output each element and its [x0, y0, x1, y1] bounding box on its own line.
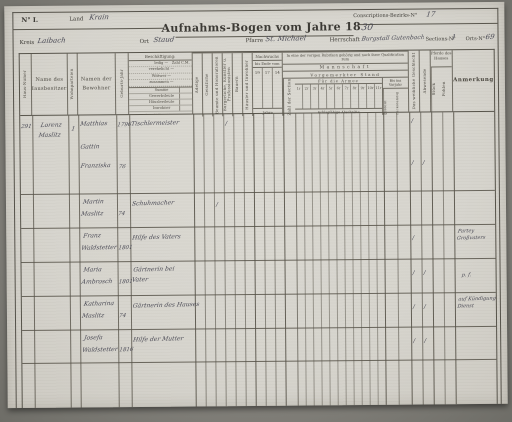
- class-col-burghers: Bürgerliche, Künstler u. Professionisten: [223, 53, 234, 116]
- land-value: Krain: [89, 13, 110, 22]
- army-box: Für die Armee 1r 2r 3r 4r 5r 6r 7r: [295, 78, 383, 116]
- kreis-label: Kreis: [20, 40, 35, 46]
- absent-tally-mark: ∕: [424, 305, 426, 311]
- birth-year: 1801: [118, 245, 133, 251]
- form-title-print: Aufnahms-Bogen vom Jahre 18: [161, 20, 361, 35]
- remark-entry: Partey Großvaters: [456, 228, 496, 243]
- summary-cells: [179, 93, 192, 98]
- inhabitant-last-name: Maslitz: [81, 312, 104, 320]
- form-number-label: N° I.: [21, 16, 38, 24]
- qualification-entry: Schuhmacher: [131, 199, 174, 207]
- occupation-row-label: verehelicht —: [149, 67, 174, 71]
- form-title: Aufnahms-Bogen vom Jahre 1830: [161, 15, 365, 36]
- classification-columns: Adelige Geistliche Beamte und Honoratior…: [193, 52, 409, 117]
- remark-entry: auf Kündigung Dienst: [457, 296, 497, 311]
- land-label: Land: [69, 16, 83, 22]
- col-female-sex: Das weibliche Geschlecht: [409, 51, 421, 112]
- summary-row-label: Summe: [155, 87, 169, 91]
- col-absent: Abwesende: [420, 50, 432, 111]
- offspring-year: 19: [253, 68, 263, 108]
- manpower-left-col: Zahl der Section: [283, 79, 295, 116]
- col-house-number: Haus-Numer: [20, 54, 33, 115]
- horses-cols: Stück Fohlen: [431, 67, 452, 111]
- summary-row-label: Gewerbsleute: [149, 93, 174, 97]
- army-class: 4r: [319, 84, 327, 108]
- header-rule-right: [359, 23, 497, 25]
- class-col-officials: Beamte und Honoratioren: [213, 53, 224, 116]
- header-rule-left: [13, 28, 163, 30]
- ort-label: Ort: [140, 39, 149, 45]
- class-col-label: Geistliche: [205, 74, 209, 96]
- col-remark-label: Anmerkung: [453, 76, 494, 86]
- army-class: 9r: [359, 84, 367, 108]
- female-tally-mark: ∕: [411, 119, 413, 125]
- occupation-row: zusammen —: [129, 80, 192, 87]
- inhabitant-first-name: Josefa: [84, 334, 104, 341]
- occupation-row-label: ledig —: [154, 61, 168, 65]
- offspring-title: Nachwuchs: [253, 53, 282, 61]
- birth-year: 74: [118, 211, 126, 217]
- inhabitant-last-name: Maslitz: [81, 210, 104, 218]
- manpower-note: In eine der vorigen Rubriken gehörig und…: [283, 52, 408, 65]
- offspring-box: Nachwuchs bis Ende vom 19 17 14 Jahre: [253, 53, 284, 116]
- female-tally-mark: ∕: [412, 236, 414, 242]
- inhabitant-last-name: Waldstetter: [82, 346, 118, 354]
- summary-cells: [179, 100, 192, 105]
- col-dwelling-party: Wohnparteien: [68, 54, 79, 115]
- class-col-clergy: Geistliche: [203, 53, 214, 116]
- inhabitant-name: Gattin: [80, 143, 100, 151]
- summary-row-label: Inwohner: [153, 106, 170, 110]
- orts-label: Orts-N°: [466, 36, 486, 42]
- manpower-columns: Zahl der Section Für die Armee 1r 2r 3r …: [283, 78, 408, 116]
- form-outer-frame: N° I. Land Krain Conscriptions-Bezirks-N…: [12, 8, 501, 408]
- col-female-sex-label: Das weibliche Geschlecht: [412, 53, 417, 110]
- inhabitant-name: Franziska: [80, 162, 111, 170]
- female-tally-mark: ∕: [413, 305, 415, 311]
- army-class: 10r: [367, 84, 375, 108]
- inhabitant-first-name: Franz: [83, 232, 102, 239]
- col-house-number-label: Haus-Numer: [23, 70, 27, 98]
- female-tally-mark: ∕: [412, 161, 414, 167]
- table-gridlines: [20, 112, 497, 408]
- inhabitant-name: Matthias: [80, 120, 108, 128]
- prior-year-cols: gestellt rückständig: [383, 89, 408, 115]
- census-table: Haus-Numer Name des Hausbesitzers Wohnpa…: [19, 49, 498, 408]
- col-inhabitants: Namen der Bewohner: [78, 53, 117, 114]
- classification-group: Classification des männlichen Geschlecht…: [193, 51, 410, 114]
- summary-cells: [179, 106, 192, 111]
- class-col-farmers: Bauern: [233, 53, 244, 116]
- army-class: 2r: [303, 85, 311, 109]
- occupation-row-label: Wittwer —: [152, 74, 171, 78]
- orts-value: 69: [485, 33, 495, 41]
- horses-col: Stück: [431, 67, 442, 111]
- summary-box: Summe Gewerbsleute Häuslersleute Inwohne…: [129, 86, 192, 112]
- offspring-year: 17: [263, 68, 273, 108]
- class-col-label: Bürgerliche, Künstler u. Professionisten: [223, 56, 232, 114]
- horses-col: Fohlen: [442, 67, 452, 111]
- form-paper: N° I. Land Krain Conscriptions-Bezirks-N…: [4, 2, 507, 408]
- birth-year: 1816: [119, 347, 134, 353]
- manpower-box: In eine der vorigen Rubriken gehörig und…: [283, 52, 409, 116]
- inhabitant-first-name: Katharina: [83, 300, 114, 308]
- col-birth-year: Geburts-Jahr: [116, 53, 130, 114]
- offspring-year-cols: 19 17 14: [253, 67, 282, 108]
- inhabitant-last-name: Waldstetter: [81, 244, 117, 252]
- prior-year-col: gestellt: [383, 89, 396, 115]
- qualification-entry: Tischlermeister: [131, 119, 180, 127]
- remark-entry: p. f.: [461, 272, 492, 280]
- prior-year-title: Bis ins Vorjahr: [383, 78, 408, 89]
- title-underline: [176, 35, 354, 38]
- army-class: 5r: [327, 84, 335, 108]
- qualification-entry: Gärtnerin bei Vater: [131, 264, 189, 285]
- col-horses: Pferde des Hauses Stück Fohlen: [431, 50, 454, 111]
- absent-tally-mark: ∕: [424, 339, 426, 345]
- col-remark: Anmerkung: [453, 50, 495, 111]
- form-title-year: 30: [360, 23, 373, 33]
- prior-year-col: rückständig: [396, 89, 408, 115]
- col-inhabitants-label: Namen der Bewohner: [78, 75, 115, 92]
- absent-tally-mark: ∕: [423, 161, 425, 167]
- inhabitant-first-name: Martin: [82, 198, 104, 206]
- col-owner: Name des Hausbesitzers: [32, 54, 69, 115]
- occupation-col-heads: Zahl C.M.: [172, 61, 190, 67]
- herrschaft-value: Burgstall Gutenbach: [361, 34, 424, 43]
- section-value: 1: [451, 33, 457, 41]
- occupation-row-label: zusammen —: [149, 80, 173, 84]
- prior-year-box: Bis ins Vorjahr gestellt rückständig: [383, 78, 408, 115]
- kreis-value: Laibach: [37, 36, 66, 45]
- table-body: 291 Lorenz Maslitz 1 Matthias 1796 Tisch…: [20, 112, 497, 408]
- owner-name: Lorenz Maslitz: [32, 120, 69, 141]
- herrschaft-label: Herrschaft: [330, 37, 360, 43]
- class-col-label: Bauern: [235, 77, 239, 93]
- col-dwelling-party-label: Wohnparteien: [70, 69, 74, 100]
- pfarre-value: St. Michael: [265, 34, 307, 43]
- ort-value: Staud: [153, 36, 175, 45]
- birth-year: 76: [118, 164, 126, 170]
- female-tally-mark: ∕: [413, 339, 415, 345]
- inhabitant-last-name: Ambrosch: [81, 278, 113, 286]
- col-owner-label: Name des Hausbesitzers: [32, 76, 69, 93]
- army-class: 3r: [311, 84, 319, 108]
- conscription-value: 17: [426, 10, 436, 18]
- classification-tally-mark: ∕: [216, 202, 218, 208]
- birth-year: 1796: [117, 122, 132, 128]
- army-class-cols: 1r 2r 3r 4r 5r 6r 7r 8r 9r: [295, 84, 382, 109]
- house-number: 291: [20, 124, 33, 130]
- classification-tally-mark: ∕: [225, 121, 227, 127]
- birth-year: 74: [119, 313, 127, 319]
- army-class: 1r: [295, 85, 303, 109]
- inhabitant-first-name: Maria: [83, 266, 102, 273]
- party-number: 1: [68, 125, 79, 132]
- female-tally-mark: ∕: [413, 271, 415, 277]
- qualification-entry: Hilfe der Mutter: [133, 335, 184, 343]
- class-col-cottagers: Häusler und Inwohner: [243, 53, 254, 116]
- absent-tally-mark: ∕: [424, 271, 426, 277]
- army-class: 6r: [335, 84, 343, 108]
- summary-row: Inwohner: [129, 106, 192, 113]
- col-absent-label: Abwesende: [423, 69, 427, 94]
- horses-title: Pferde des Hauses: [431, 50, 452, 67]
- pfarre-label: Pfarre: [246, 38, 264, 44]
- col-qualification: Beschäftigung: ledig —Zahl C.M. vereheli…: [129, 53, 194, 115]
- army-class: 11r: [375, 84, 382, 108]
- qualification-entry: Hilfe des Vaters: [132, 233, 182, 241]
- class-col-label: Häusler und Inwohner: [245, 60, 250, 110]
- army-class: 7r: [343, 84, 351, 108]
- summary-cells: [179, 87, 192, 92]
- scan-background: N° I. Land Krain Conscriptions-Bezirks-N…: [0, 0, 512, 422]
- class-col-nobility: Adelige: [193, 53, 204, 116]
- class-col-label: Adelige: [195, 77, 199, 94]
- class-col-label: Beamte und Honoratioren: [215, 56, 220, 114]
- army-class: 8r: [351, 84, 359, 108]
- col-birth-year-label: Geburts-Jahr: [120, 69, 124, 98]
- offspring-year: 14: [273, 68, 282, 108]
- table-header: Haus-Numer Name des Hausbesitzers Wohnpa…: [20, 50, 495, 116]
- summary-row-label: Häuslersleute: [149, 100, 174, 104]
